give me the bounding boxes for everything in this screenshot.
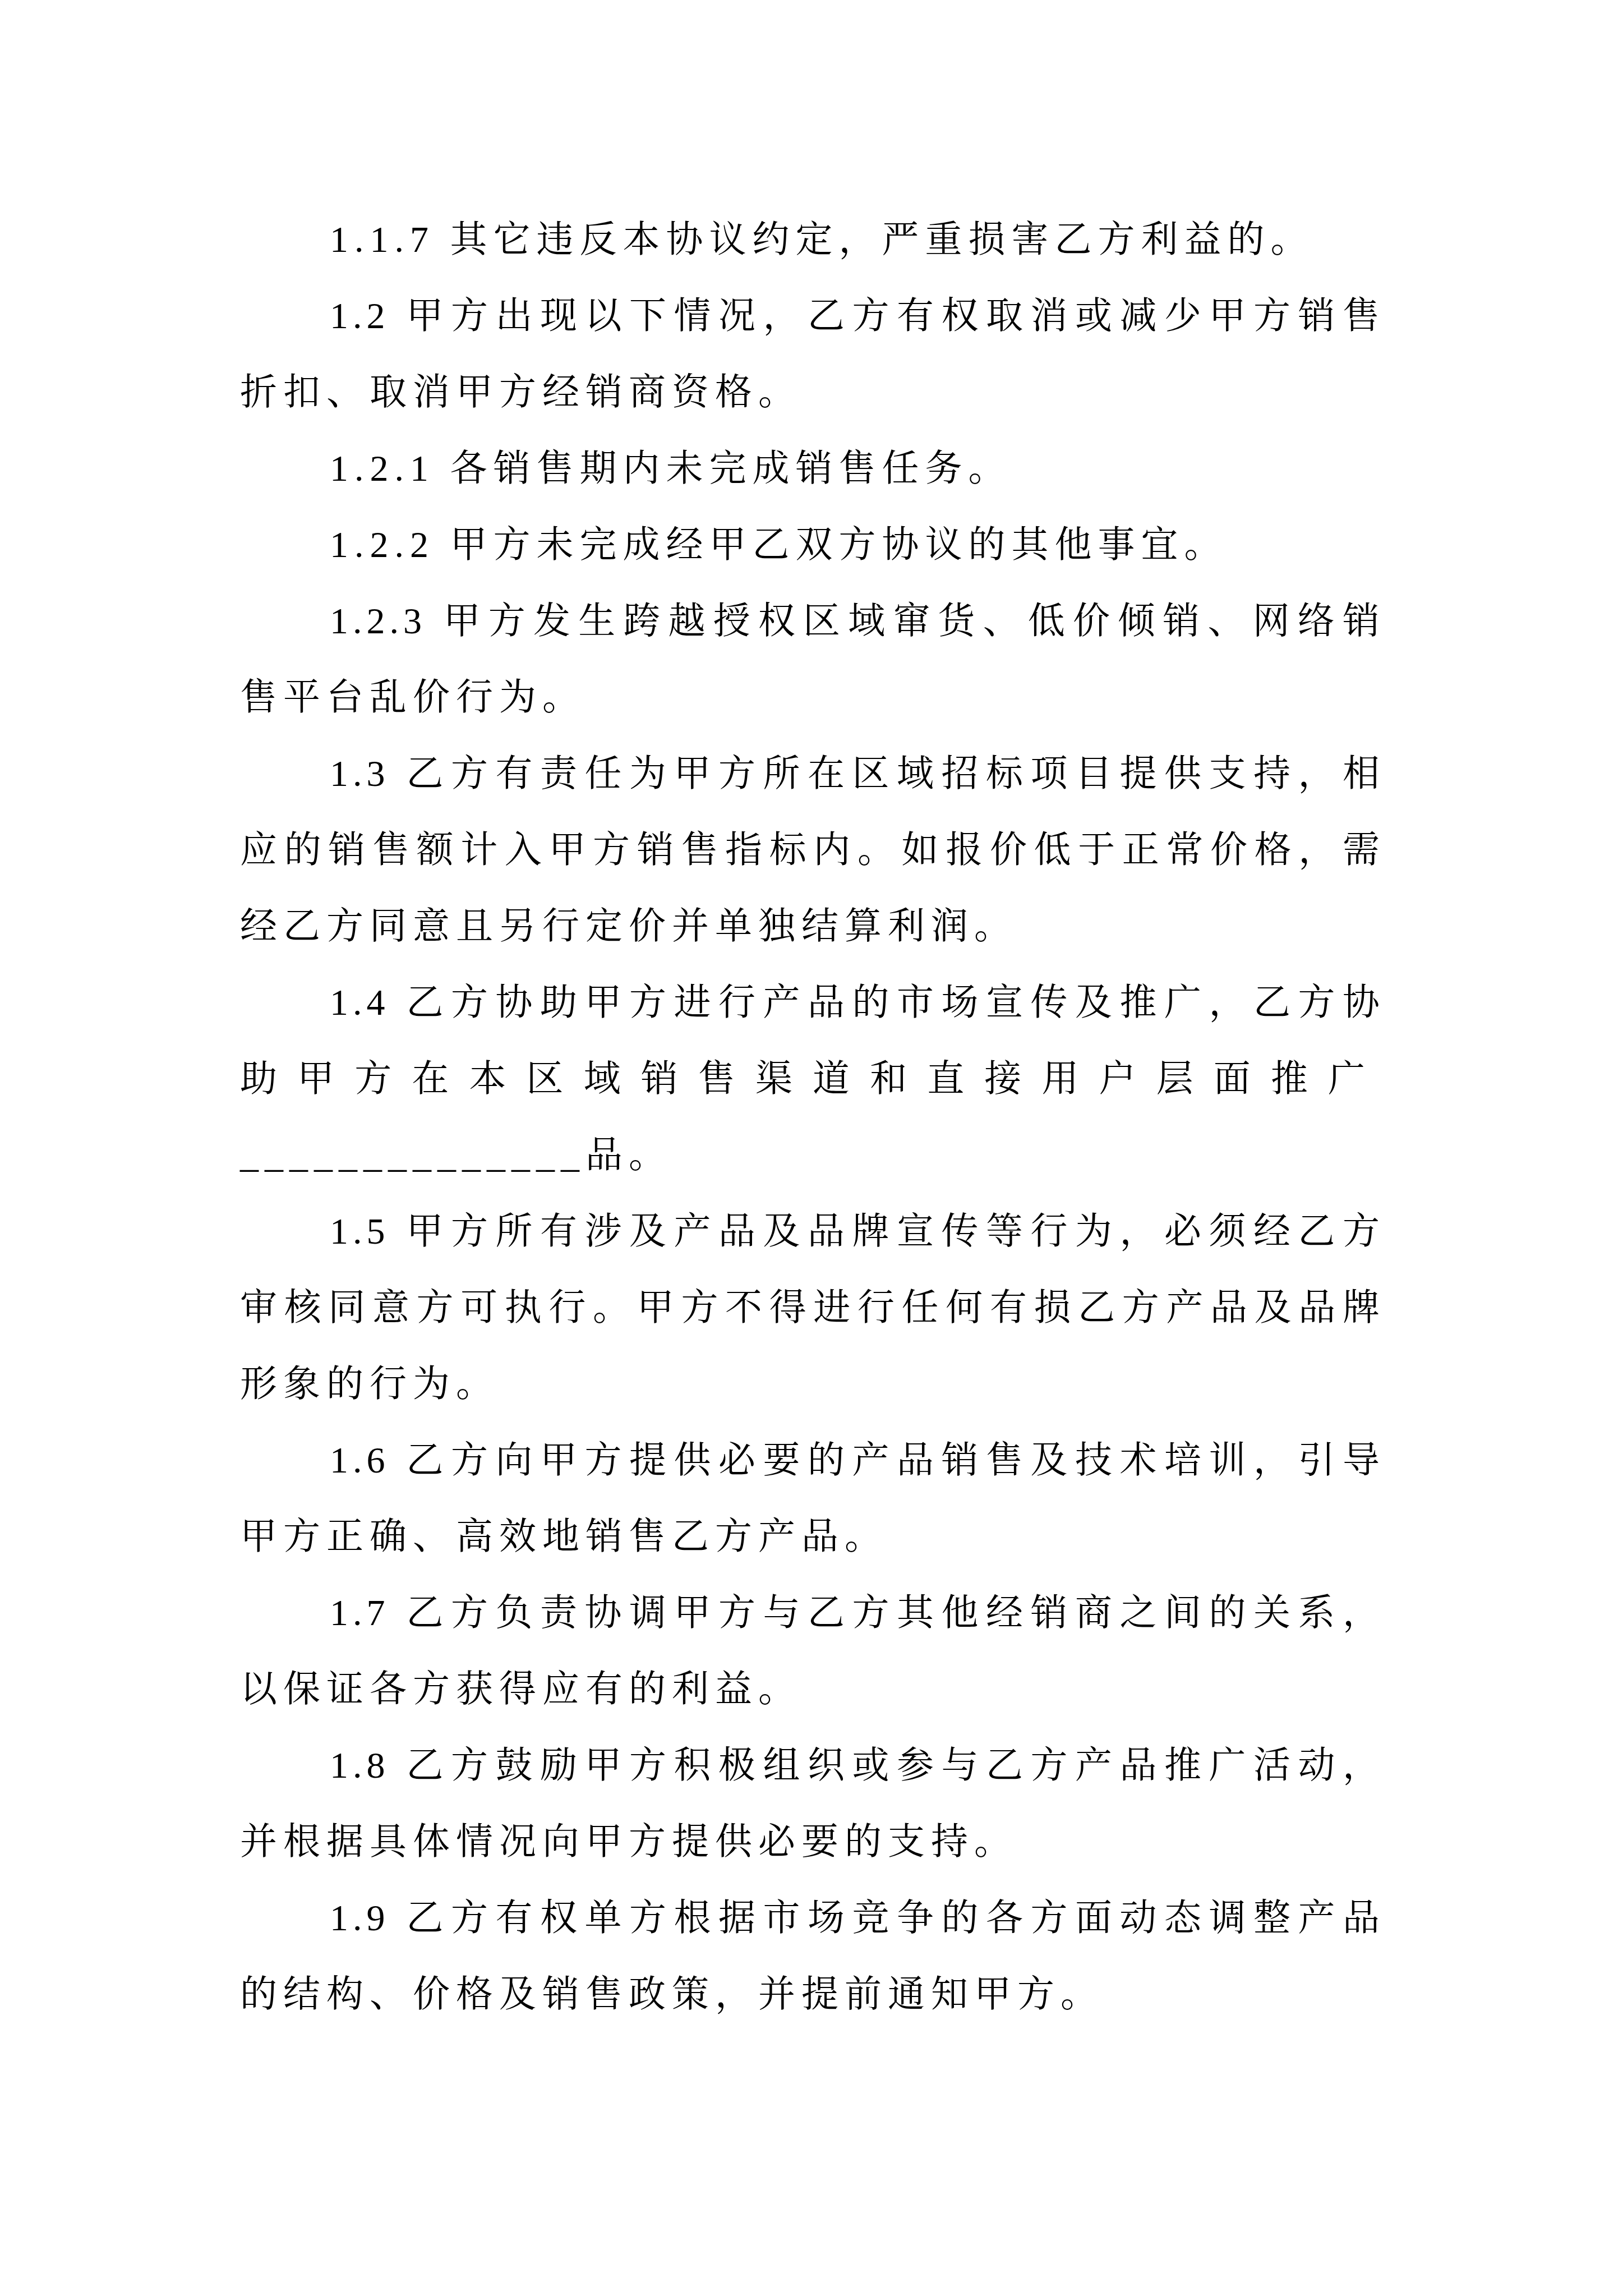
clause-text-line: 1.2 甲方出现以下情况，乙方有权取消或减少甲方销售 (240, 278, 1384, 355)
document-page: 1.1.7 其它违反本协议约定，严重损害乙方利益的。1.2 甲方出现以下情况，乙… (0, 0, 1623, 2296)
clause-text-line: 1.2.2 甲方未完成经甲乙双方协议的其他事宜。 (240, 507, 1384, 583)
clause-text-line: 1.8 乙方鼓励甲方积极组织或参与乙方产品推广活动， (240, 1728, 1384, 1804)
clause-text-line: 并根据具体情况向甲方提供必要的支持。 (240, 1804, 1384, 1880)
clause-text-line: 1.7 乙方负责协调甲方与乙方其他经销商之间的关系， (240, 1575, 1384, 1651)
clause-text-line: 审核同意方可执行。甲方不得进行任何有损乙方产品及品牌 (240, 1270, 1384, 1346)
clause-text-line: 折扣、取消甲方经销商资格。 (240, 355, 1384, 431)
clause-text-line: 1.5 甲方所有涉及产品及品牌宣传等行为，必须经乙方 (240, 1194, 1384, 1270)
fill-in-blank-line: ______________品。 (240, 1117, 1384, 1194)
clause-text-line: 助甲方在本区域销售渠道和直接用户层面推广 (240, 1041, 1384, 1117)
clause-text-line: 应的销售额计入甲方销售指标内。如报价低于正常价格，需 (240, 812, 1384, 889)
clause-text-line: 1.9 乙方有权单方根据市场竞争的各方面动态调整产品 (240, 1880, 1384, 1957)
clause-text-line: 甲方正确、高效地销售乙方产品。 (240, 1499, 1384, 1575)
document-text-block: 1.1.7 其它违反本协议约定，严重损害乙方利益的。1.2 甲方出现以下情况，乙… (240, 202, 1384, 2033)
clause-text-line: 1.1.7 其它违反本协议约定，严重损害乙方利益的。 (240, 202, 1384, 278)
clause-text-line: 售平台乱价行为。 (240, 660, 1384, 736)
clause-text-line: 形象的行为。 (240, 1346, 1384, 1423)
clause-text-line: 1.2.3 甲方发生跨越授权区域窜货、低价倾销、网络销 (240, 583, 1384, 660)
clause-text-line: 1.4 乙方协助甲方进行产品的市场宣传及推广，乙方协 (240, 965, 1384, 1041)
clause-text-line: 1.2.1 各销售期内未完成销售任务。 (240, 431, 1384, 507)
clause-text-line: 以保证各方获得应有的利益。 (240, 1651, 1384, 1728)
clause-text-line: 1.3 乙方有责任为甲方所在区域招标项目提供支持，相 (240, 736, 1384, 812)
clause-text-line: 1.6 乙方向甲方提供必要的产品销售及技术培训，引导 (240, 1423, 1384, 1499)
clause-text-line: 的结构、价格及销售政策，并提前通知甲方。 (240, 1957, 1384, 2033)
clause-text-line: 经乙方同意且另行定价并单独结算利润。 (240, 889, 1384, 965)
